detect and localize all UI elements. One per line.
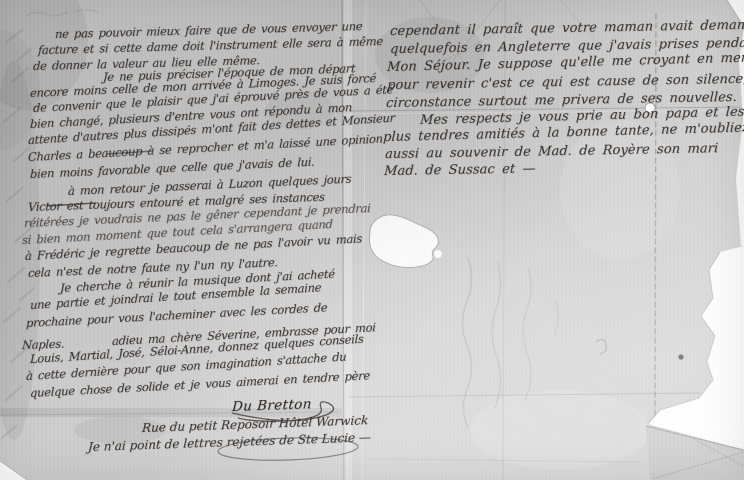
scan-vignette (0, 0, 744, 480)
letter-scan: ne pas pouvoir mieux faire que de vous e… (0, 0, 744, 480)
